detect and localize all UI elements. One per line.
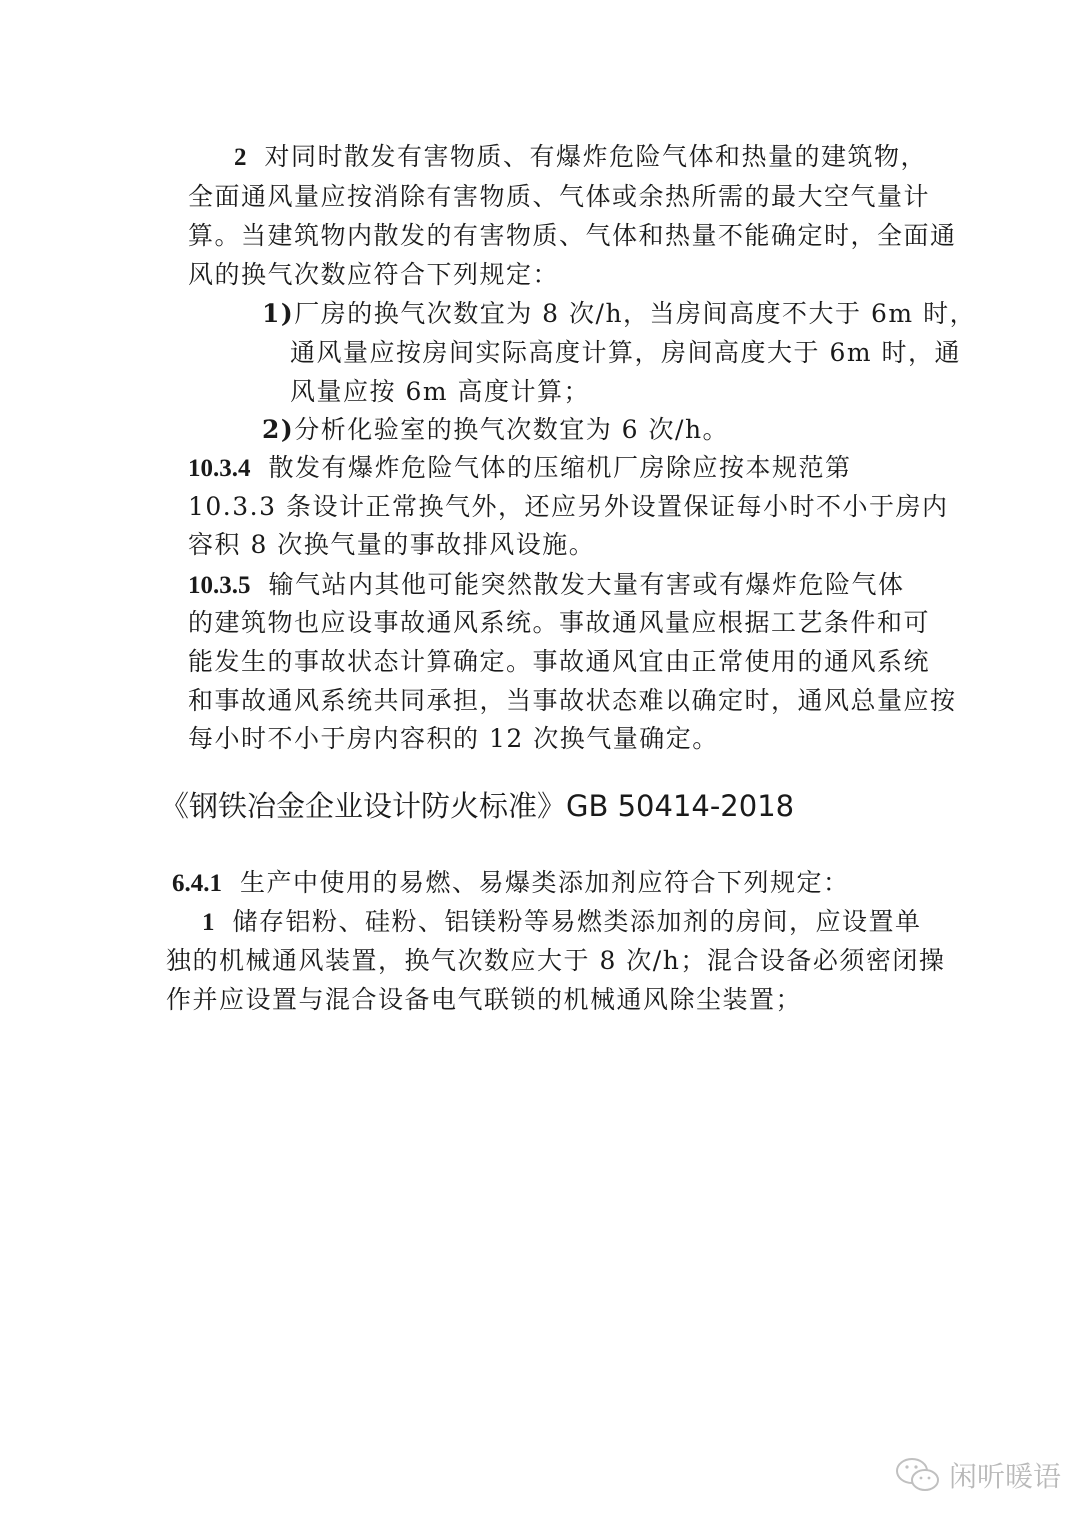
clause-10-3-5-line-3: 能发生的事故状态计算确定。事故通风宜由正常使用的通风系统 (188, 645, 930, 679)
clause-10-3-4-line-3: 容积 8 次换气量的事故排风设施。 (188, 528, 595, 562)
clause-number: 10.3.4 (188, 455, 251, 482)
text: 对同时散发有害物质、有爆炸危险气体和热量的建筑物， (265, 142, 928, 171)
clause-10-3-4-line-2: 10.3.3 条设计正常换气外，还应另外设置保证每小时不小于房内 (188, 490, 948, 524)
watermark-text: 闲听暖语 (949, 1455, 1061, 1495)
clause-10-3-4-line-1: 10.3.4散发有爆炸危险气体的压缩机厂房除应按本规范第 (188, 451, 852, 486)
subitem-2-line-1: 2)分析化验室的换气次数宜为 6 次/h。 (262, 413, 729, 447)
text: 输气站内其他可能突然散发大量有害或有爆炸危险气体 (269, 570, 905, 599)
clause-6-4-1-item-1-line-2: 独的机械通风装置，换气次数应大于 8 次/h；混合设备必须密闭操 (166, 944, 945, 978)
clause-10-3-5-line-1: 10.3.5输气站内其他可能突然散发大量有害或有爆炸危险气体 (188, 568, 905, 603)
subitem-1-line-2: 通风量应按房间实际高度计算，房间高度大于 6m 时，通 (290, 336, 961, 370)
clause-10-3-5-line-5: 每小时不小于房内容积的 12 次换气量确定。 (188, 722, 719, 756)
clause-10-3-5-line-4: 和事故通风系统共同承担，当事故状态难以确定时，通风总量应按 (188, 684, 957, 718)
section-heading: 《钢铁冶金企业设计防火标准》GB 50414-2018 (160, 786, 794, 826)
text: 分析化验室的换气次数宜为 6 次/h。 (294, 415, 729, 444)
clause-6-4-1-line: 6.4.1生产中使用的易燃、易爆类添加剂应符合下列规定： (172, 866, 850, 901)
clause-number: 6.4.1 (172, 870, 222, 897)
subitem-number: 2) (262, 415, 294, 444)
clause-6-4-1-item-1-line-3: 作并应设置与混合设备电气联锁的机械通风除尘装置； (166, 983, 802, 1017)
item-2-line-2: 全面通风量应按消除有害物质、气体或余热所需的最大空气量计 (188, 180, 930, 214)
subitem-1-line-1: 1)厂房的换气次数宜为 8 次/h，当房间高度不大于 6m 时， (262, 297, 976, 331)
item-number: 1 (202, 909, 215, 936)
clause-number: 10.3.5 (188, 572, 251, 599)
text: 散发有爆炸危险气体的压缩机厂房除应按本规范第 (269, 453, 852, 482)
item-number: 2 (234, 144, 247, 171)
clause-10-3-5-line-2: 的建筑物也应设事故通风系统。事故通风量应根据工艺条件和可 (188, 606, 930, 640)
text: 生产中使用的易燃、易爆类添加剂应符合下列规定： (240, 868, 850, 897)
item-2-line-3: 算。当建筑物内散发的有害物质、气体和热量不能确定时，全面通 (188, 219, 957, 253)
clause-6-4-1-item-1-line-1: 1储存铝粉、硅粉、铝镁粉等易燃类添加剂的房间，应设置单 (202, 905, 922, 940)
subitem-number: 1) (262, 299, 294, 328)
text: 厂房的换气次数宜为 8 次/h，当房间高度不大于 6m 时， (294, 299, 976, 328)
watermark: 闲听暖语 (895, 1455, 1061, 1495)
text: 储存铝粉、硅粉、铝镁粉等易燃类添加剂的房间，应设置单 (233, 907, 922, 936)
item-2-line-4: 风的换气次数应符合下列规定： (188, 258, 559, 292)
subitem-1-line-3: 风量应按 6m 高度计算； (290, 375, 590, 409)
item-2-line-1: 2对同时散发有害物质、有爆炸危险气体和热量的建筑物， (234, 140, 927, 175)
wechat-icon (895, 1456, 941, 1494)
